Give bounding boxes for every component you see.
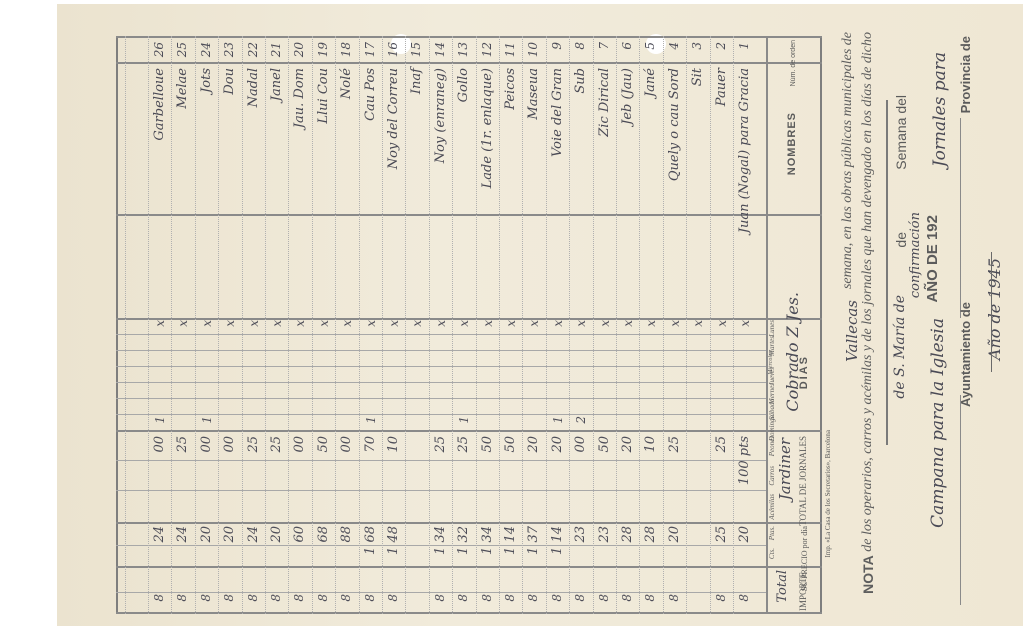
total-jornales: 100 pts (738, 436, 751, 485)
row-separator (171, 36, 172, 614)
row-number: 24 (200, 42, 212, 57)
row-number: 5 (644, 42, 656, 50)
row-separator (639, 36, 640, 614)
importe: 8 (574, 594, 586, 602)
day-mark-domingo: 1 (552, 416, 564, 424)
total-jornales: 25 (247, 436, 260, 453)
importe: 8 (644, 594, 656, 602)
day-mark-lunes: x (458, 320, 470, 327)
cobrado-note: Cobrado Z Jes. (783, 292, 802, 412)
precio-dia: 88 (340, 526, 353, 543)
importe: 8 (317, 594, 329, 602)
total-jornales: 20 (527, 436, 540, 453)
row-separator (546, 36, 547, 614)
purpose-line-3: confirmación (908, 212, 923, 298)
row-number: 15 (410, 42, 422, 57)
precio-dia: 24 (153, 526, 166, 543)
importe: 8 (340, 594, 352, 602)
row-number: 8 (574, 42, 586, 50)
col-dias-header: DÍAS (798, 355, 810, 389)
importe: 8 (364, 594, 376, 602)
row-separator (686, 36, 687, 614)
worker-name: Lade (1r. enlaque) (480, 68, 495, 188)
row-separator (148, 36, 149, 614)
precio-dia: 60 (293, 526, 306, 543)
row-number: 3 (691, 42, 703, 50)
row-separator (359, 36, 360, 614)
precio-sub-cts: Cts. (768, 548, 776, 559)
precio-dia: 1 32 (457, 526, 470, 555)
num-nombres-separator (116, 62, 822, 64)
row-number: 20 (293, 42, 305, 57)
worker-name: Cau Pos (363, 68, 378, 121)
row-separator (593, 36, 594, 614)
row-number: 12 (481, 42, 493, 57)
row-number: 11 (504, 42, 516, 57)
row-separator (242, 36, 243, 614)
day-mark-lunes: x (528, 320, 540, 327)
total-jornales: 20 (621, 436, 634, 453)
importe-note: Total (775, 570, 790, 603)
purpose-line-1: Jornales para (930, 52, 950, 167)
importe: 8 (176, 594, 188, 602)
total-jornales: 00 (340, 436, 353, 453)
row-number: 18 (340, 42, 352, 57)
ayuntamiento-label: Ayuntamiento de (958, 302, 973, 407)
importe: 8 (551, 594, 563, 602)
year-note: Año de 1945 (985, 258, 1004, 360)
total-jornales: 20 (551, 436, 564, 453)
ayuntamiento-field-line (960, 395, 961, 605)
total-separator (116, 522, 822, 524)
semana-underline (886, 100, 888, 445)
day-mark-domingo: 1 (458, 416, 470, 424)
worker-name: Voie del Gran (550, 68, 565, 157)
day-mark-lunes: x (435, 320, 447, 327)
precio-dia: 24 (176, 526, 189, 543)
row-separator (452, 36, 453, 614)
total-jornales: 25 (270, 436, 283, 453)
row-separator (663, 36, 664, 614)
day-mark-lunes: x (411, 320, 423, 327)
printer-imprint: Imp. «La Casa de los Secretarios», Barce… (824, 430, 832, 558)
row-number: 22 (247, 42, 259, 57)
precio-dia: 1 37 (527, 526, 540, 555)
day-mark-lunes: x (177, 320, 189, 327)
day-mark-domingo: 1 (365, 416, 377, 424)
worker-name: Zic Dirical (597, 68, 612, 137)
precio-dia: 20 (270, 526, 283, 543)
importe: 8 (481, 594, 493, 602)
nota-place: Vallecas (843, 300, 861, 362)
row-separator (476, 36, 477, 614)
nota-label: NOTA (860, 555, 876, 594)
worker-name: Maseua (526, 68, 541, 120)
total-jornales: 50 (504, 436, 517, 453)
provincia-field-line (960, 118, 961, 318)
row-number: 14 (434, 42, 446, 57)
total-jornales: 10 (387, 436, 400, 453)
precio-sub-ptas: Ptas. (768, 526, 776, 540)
row-separator (569, 36, 570, 614)
total-sub-carros: Carros (768, 466, 776, 486)
total-jornales: 25 (457, 436, 470, 453)
row-separator (616, 36, 617, 614)
precio-dia: 1 48 (387, 526, 400, 555)
precio-dia: 24 (247, 526, 260, 543)
worker-name: Gollo (456, 68, 471, 102)
row-number: 10 (527, 42, 539, 57)
worker-name: Pauer (714, 68, 729, 106)
precio-dia: 1 14 (504, 526, 517, 555)
row-separator (499, 36, 500, 614)
total-jornales: 70 (364, 436, 377, 453)
row-separator (522, 36, 523, 614)
importe: 8 (247, 594, 259, 602)
day-mark-lunes: x (224, 320, 236, 327)
importe: 8 (504, 594, 516, 602)
day-label-lunes: Lunes (768, 320, 776, 337)
day-mark-lunes: x (645, 320, 657, 327)
days-bottom-separator (116, 430, 822, 432)
importe: 8 (715, 594, 727, 602)
row-separator (195, 36, 196, 614)
importe: 8 (738, 594, 750, 602)
day-mark-lunes: x (669, 320, 681, 327)
day-mark-domingo: 2 (575, 416, 587, 424)
day-mark-lunes: x (739, 320, 751, 327)
total-jornales: 00 (200, 436, 213, 453)
precio-dia: 1 68 (364, 526, 377, 555)
table-border-bottom (116, 612, 822, 614)
nota-line-1: NOTA de los operarios, carros y acémilas… (860, 32, 876, 594)
semana-de-label: de (893, 232, 909, 248)
worker-name: Sub (573, 68, 588, 94)
importe: 8 (434, 594, 446, 602)
worker-name: Nolé (339, 68, 354, 99)
day-mark-lunes: x (318, 320, 330, 327)
purpose-line-2: Campana para la Iglesia (928, 318, 948, 528)
row-number: 17 (364, 42, 376, 57)
worker-name: Peicos (503, 68, 518, 110)
ano-label: AÑO DE 192 (924, 215, 941, 303)
importe: 8 (621, 594, 633, 602)
precio-dia: 28 (621, 526, 634, 543)
importe: 8 (270, 594, 282, 602)
day-mark-domingo: 1 (154, 416, 166, 424)
day-mark-lunes: x (692, 320, 704, 327)
worker-name: Dou (222, 68, 237, 95)
row-separator (405, 36, 406, 614)
worker-name: Juan (Nogal) para Gracia (737, 68, 752, 233)
row-number: 25 (176, 42, 188, 57)
day-mark-lunes: x (154, 320, 166, 327)
total-jornales: 50 (598, 436, 611, 453)
row-separator (288, 36, 289, 614)
total-jornales: 10 (644, 436, 657, 453)
row-separator (335, 36, 336, 614)
importe: 8 (387, 594, 399, 602)
total-jornales: 00 (153, 436, 166, 453)
importe: 8 (527, 594, 539, 602)
precio-dia: 1 14 (551, 526, 564, 555)
worker-name: Inaf (409, 68, 424, 94)
worker-name: Noy (enraneg) (433, 68, 448, 163)
total-jornales: 25 (668, 436, 681, 453)
worker-name: Quely o cau Sord (667, 68, 682, 181)
row-number: 16 (387, 42, 399, 57)
precio-dia: 23 (598, 526, 611, 543)
signature-note: Jardiner (776, 438, 794, 500)
total-jornales: 50 (481, 436, 494, 453)
importe: 8 (598, 594, 610, 602)
precio-dia: 68 (317, 526, 330, 543)
row-number: 9 (551, 42, 563, 50)
precio-separator (116, 566, 822, 568)
precio-dia: 23 (574, 526, 587, 543)
row-number: 4 (668, 42, 680, 50)
importe: 8 (200, 594, 212, 602)
worker-name: Melae (175, 68, 190, 109)
day-mark-lunes: x (482, 320, 494, 327)
row-number: 13 (457, 42, 469, 57)
row-number: 7 (598, 42, 610, 50)
worker-name: Jeb (Jau) (620, 68, 635, 125)
worker-name: Llui Cou (316, 68, 331, 124)
row-separator (312, 36, 313, 614)
worker-name: Jots (199, 68, 214, 93)
worker-name: Nadal (246, 68, 261, 107)
year-underline (991, 252, 992, 372)
total-sub-peones: Peones (768, 436, 776, 456)
total-jornales: 25 (434, 436, 447, 453)
importe: 8 (223, 594, 235, 602)
worker-name: Jau. Dom (292, 68, 307, 128)
precio-dia: 20 (223, 526, 236, 543)
day-mark-lunes: x (388, 320, 400, 327)
precio-dia: 28 (644, 526, 657, 543)
precio-dia: 1 34 (481, 526, 494, 555)
worker-name: Sit (690, 68, 705, 86)
importe: 8 (457, 594, 469, 602)
day-mark-domingo: 1 (201, 416, 213, 424)
nota-text-1: de los operarios, carros y acémilas y de… (860, 32, 875, 552)
worker-name: Noy del Correu (386, 68, 401, 169)
precio-dia: 25 (715, 526, 728, 543)
row-number: 21 (270, 42, 282, 57)
total-jornales: 25 (715, 436, 728, 453)
nota-text-2: semana, en las obras públicas municipale… (840, 32, 856, 289)
importe: 8 (293, 594, 305, 602)
table-border-left (116, 36, 118, 614)
total-sub-acemilas: Acémilas (768, 494, 776, 520)
worker-name: Janel (269, 68, 284, 101)
worker-name: Garbelloue (152, 68, 167, 141)
day-mark-lunes: x (271, 320, 283, 327)
day-mark-lunes: x (716, 320, 728, 327)
day-mark-lunes: x (341, 320, 353, 327)
day-mark-lunes: x (599, 320, 611, 327)
day-mark-lunes: x (575, 320, 587, 327)
row-separator (218, 36, 219, 614)
row-separator (733, 36, 734, 614)
precio-dia: 20 (738, 526, 751, 543)
worker-name: Jané (643, 68, 658, 97)
precio-dia: 20 (200, 526, 213, 543)
day-mark-lunes: x (248, 320, 260, 327)
row-number: 6 (621, 42, 633, 50)
day-mark-lunes: x (201, 320, 213, 327)
row-number: 1 (738, 42, 750, 50)
importe: 8 (153, 594, 165, 602)
row-separator (710, 36, 711, 614)
col-total-header: TOTAL DE JORNALES (798, 436, 808, 526)
semana-place: de S. María de (892, 295, 908, 399)
row-separator (382, 36, 383, 614)
day-mark-lunes: x (505, 320, 517, 327)
day-mark-lunes: x (552, 320, 564, 327)
precio-dia: 20 (668, 526, 681, 543)
row-number: 23 (223, 42, 235, 57)
row-number: 19 (317, 42, 329, 57)
total-jornales: 00 (574, 436, 587, 453)
total-jornales: 25 (176, 436, 189, 453)
row-number: 2 (715, 42, 727, 50)
row-separator (125, 36, 126, 614)
day-mark-lunes: x (365, 320, 377, 327)
semana-del-label: Semana del (893, 95, 909, 170)
day-mark-lunes: x (622, 320, 634, 327)
total-jornales: 00 (293, 436, 306, 453)
importe: 8 (668, 594, 680, 602)
nombres-separator (116, 214, 822, 216)
day-mark-lunes: x (294, 320, 306, 327)
total-jornales: 50 (317, 436, 330, 453)
col-importe-header: IMPORTE (798, 572, 808, 611)
col-num-header: Núm. de orden (790, 40, 798, 86)
provincia-label: Provincia de (958, 36, 973, 113)
row-number: 26 (153, 42, 165, 57)
total-jornales: 00 (223, 436, 236, 453)
table-border-top (116, 36, 822, 38)
col-nombres-header: NOMBRES (786, 112, 798, 175)
row-separator (429, 36, 430, 614)
row-separator (265, 36, 266, 614)
precio-dia: 1 34 (434, 526, 447, 555)
